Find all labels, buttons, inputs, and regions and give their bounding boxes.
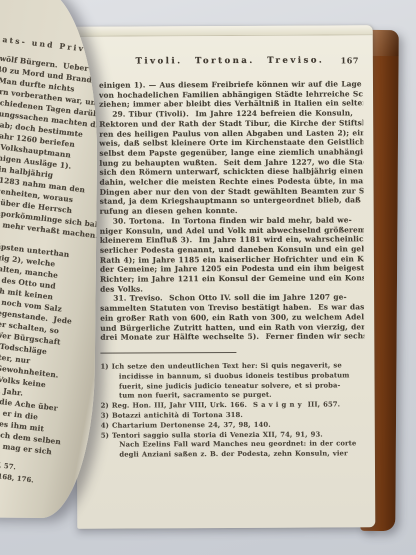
left-page-text: taats- und Privat-Re d zwölf Bürgern. Ue…	[0, 33, 99, 491]
footnote-rule	[100, 352, 236, 354]
footnote-line: degli Anziani saßen z. B. der Podesta, z…	[101, 449, 365, 460]
body-line: Richter; im Jahre 1211 ein Konsul der Ge…	[100, 273, 364, 284]
body-line: drei Monate zur Hälfte wechselte 5). Fer…	[100, 332, 364, 343]
right-page: Tivoli. Tortona. Treviso. 167 einigen 1)…	[75, 25, 376, 529]
book-photo: Tivoli. Tortona. Treviso. 167 einigen 1)…	[0, 0, 416, 555]
page-number: 167	[341, 55, 359, 65]
left-page-curled: taats- und Privat-Re d zwölf Bürgern. Ue…	[0, 0, 99, 519]
footnotes: 1) Ich setze den undeutlichen Text her: …	[100, 361, 365, 460]
running-header-right: Tivoli. Tortona. Treviso.	[99, 55, 361, 68]
body-text: einigen 1). — Aus diesem Freibriefe könn…	[99, 79, 364, 342]
left-body-text: d zwölf Bürgern. Ueber1240 zu Mord und B…	[0, 51, 99, 462]
page-top-edge	[75, 25, 373, 37]
